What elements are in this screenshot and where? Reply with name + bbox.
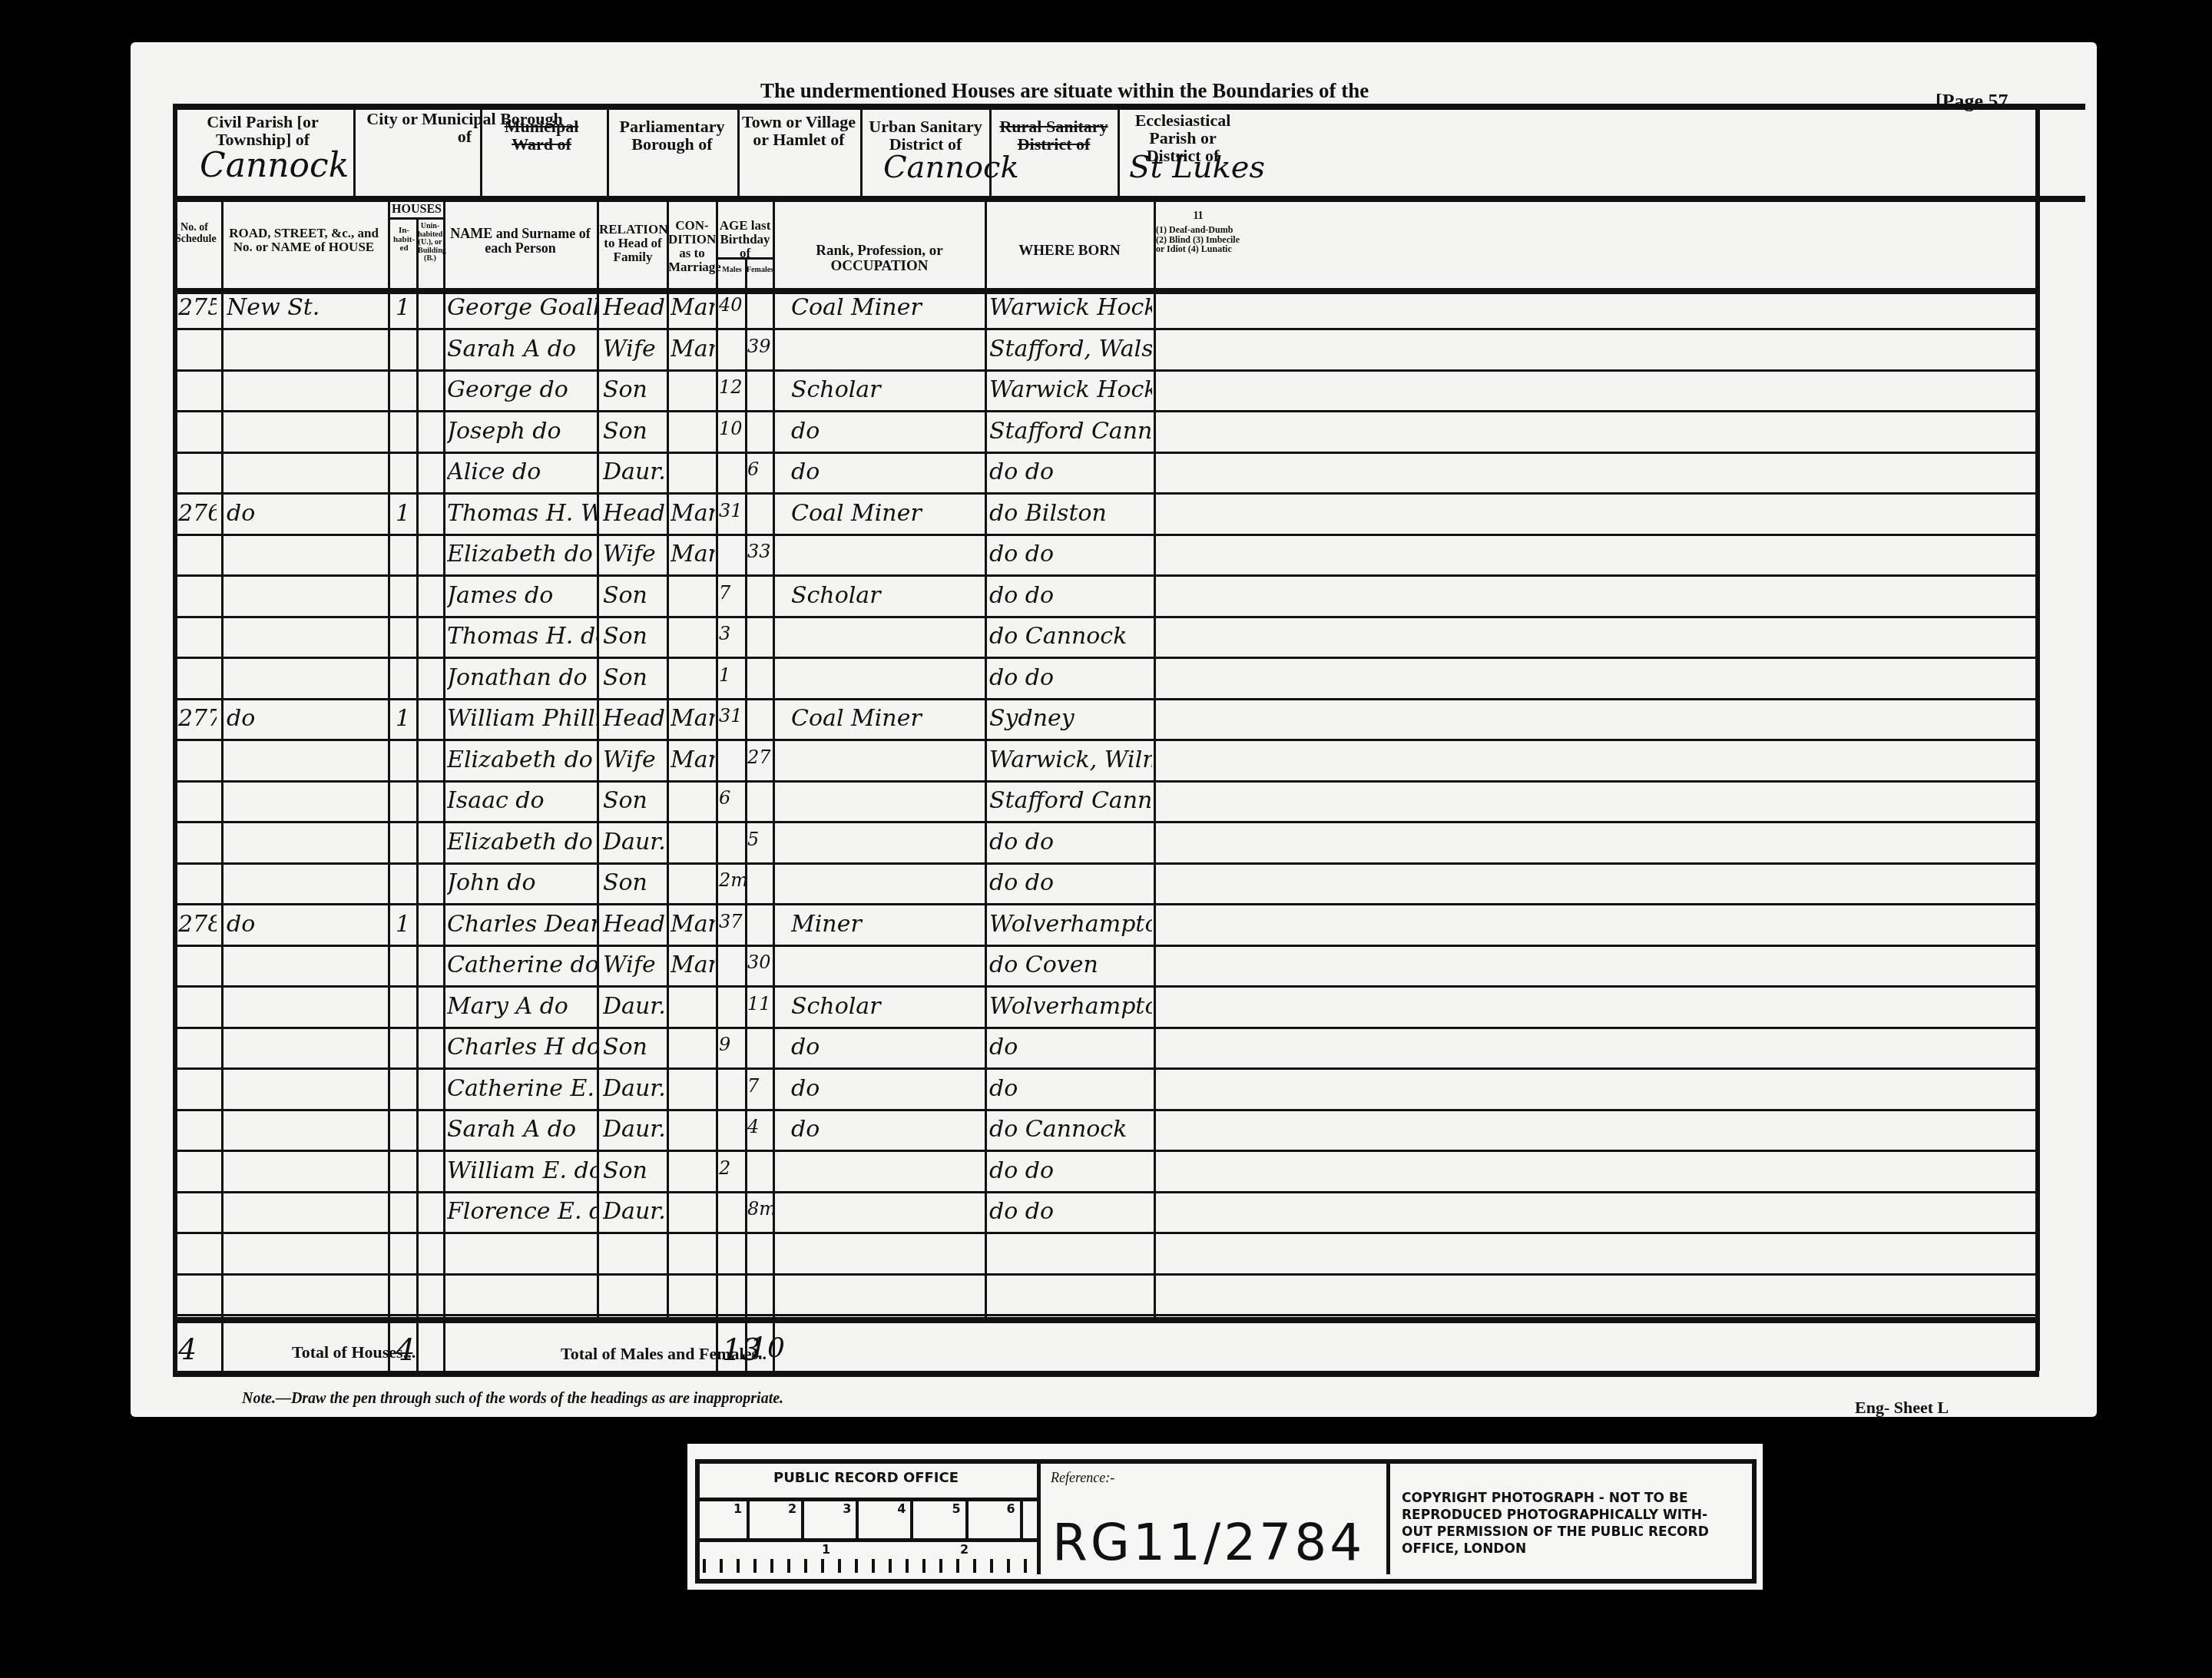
birthplace: Stafford Cannock bbox=[989, 418, 1152, 445]
age-female: 11 bbox=[747, 993, 773, 1014]
birthplace: do do bbox=[989, 582, 1152, 609]
ruler-ticks bbox=[703, 1559, 1033, 1573]
age-female: 4 bbox=[747, 1116, 773, 1137]
header-banner: The undermentioned Houses are situate wi… bbox=[760, 79, 1369, 103]
relation: Wife bbox=[603, 541, 664, 568]
birthplace: do do bbox=[989, 541, 1152, 568]
person-name: James do bbox=[447, 582, 597, 609]
occupation: do bbox=[791, 1075, 983, 1102]
copyright-notice: COPYRIGHT PHOTOGRAPH - NOT TO BE REPRODU… bbox=[1402, 1490, 1732, 1557]
inhabited-count: 1 bbox=[396, 705, 415, 732]
person-name: Elizabeth do bbox=[447, 829, 597, 856]
reference-label: Reference:- bbox=[1051, 1470, 1114, 1486]
birthplace: Stafford, Walsall bbox=[989, 336, 1152, 362]
marital-condition: Mar bbox=[671, 294, 715, 321]
table-row: James doSon7Scholardo do bbox=[131, 578, 2097, 614]
occupation: Coal Miner bbox=[791, 705, 983, 732]
scale-cm: 1 2 3 4 5 6 bbox=[695, 1501, 1037, 1538]
person-name: Charles H do bbox=[447, 1034, 597, 1061]
relation: Son bbox=[603, 1034, 664, 1061]
birthplace: do Coven bbox=[989, 952, 1152, 978]
occupation: do bbox=[791, 458, 983, 485]
table-row: George doSon12ScholarWarwick Hockley bbox=[131, 372, 2097, 408]
relation: Son bbox=[603, 1157, 664, 1184]
age-male: 3 bbox=[719, 623, 745, 644]
relation: Head bbox=[603, 705, 664, 732]
relation: Daur. bbox=[603, 458, 664, 485]
age-male: 6 bbox=[719, 787, 745, 809]
person-name: Jonathan do bbox=[447, 664, 597, 691]
birthplace: Warwick Hockley bbox=[989, 376, 1152, 403]
birthplace: do do bbox=[989, 829, 1152, 856]
table-row: 278do1Charles DeanHeadMar37MinerWolverha… bbox=[131, 906, 2097, 942]
age-male: 40 bbox=[719, 294, 745, 316]
archive-label: PUBLIC RECORD OFFICE 1 2 3 4 5 6 1 2 Ref… bbox=[687, 1444, 1763, 1590]
table-row: Sarah A doDaur.4dodo Cannock bbox=[131, 1111, 2097, 1147]
reference-number: RG11/2784 bbox=[1052, 1513, 1365, 1572]
table-row: Catherine E. doDaur.7dodo bbox=[131, 1071, 2097, 1107]
person-name: Sarah A do bbox=[447, 336, 597, 362]
table-row: Elizabeth doWifeMar27Warwick, Wilnecote bbox=[131, 742, 2097, 778]
census-sheet: The undermentioned Houses are situate wi… bbox=[131, 42, 2097, 1417]
age-male: 31 bbox=[719, 500, 745, 521]
table-row: Isaac doSon6Stafford Cannock bbox=[131, 783, 2097, 819]
table-row: 275New St.1George GoalbyHeadMar40Coal Mi… bbox=[131, 290, 2097, 326]
relation: Daur. bbox=[603, 993, 664, 1020]
age-male: 37 bbox=[719, 911, 745, 932]
birthplace: do do bbox=[989, 1198, 1152, 1225]
age-male: 2m bbox=[719, 869, 745, 891]
person-name: Elizabeth do bbox=[447, 541, 597, 568]
relation: Wife bbox=[603, 952, 664, 978]
age-male: 10 bbox=[719, 418, 745, 439]
marital-condition: Mar bbox=[671, 911, 715, 938]
folio-number: 53 bbox=[2055, 115, 2098, 160]
relation: Head bbox=[603, 911, 664, 938]
age-female: 6 bbox=[747, 458, 773, 480]
person-name: Catherine E. do bbox=[447, 1075, 597, 1102]
birthplace: Stafford Cannock bbox=[989, 787, 1152, 814]
occupation: Coal Miner bbox=[791, 294, 983, 321]
relation: Son bbox=[603, 623, 664, 650]
age-male: 1 bbox=[719, 664, 745, 686]
table-row: John doSon2mdo do bbox=[131, 865, 2097, 901]
total-schedules: 4 bbox=[178, 1332, 197, 1366]
relation: Wife bbox=[603, 746, 664, 773]
occupation: Scholar bbox=[791, 376, 983, 403]
inhabited-count: 1 bbox=[396, 294, 415, 321]
person-name: Elizabeth do bbox=[447, 746, 597, 773]
marital-condition: Mar bbox=[671, 541, 715, 568]
table-row: Joseph doSon10doStafford Cannock bbox=[131, 413, 2097, 449]
occupation: Scholar bbox=[791, 993, 983, 1020]
age-male: 31 bbox=[719, 705, 745, 726]
schedule-number: 278 bbox=[178, 911, 217, 938]
table-row bbox=[131, 1235, 2097, 1271]
birthplace: Sydney bbox=[989, 705, 1152, 732]
person-name: Alice do bbox=[447, 458, 597, 485]
occupation: do bbox=[791, 418, 983, 445]
person-name: Thomas H. Westwood bbox=[447, 500, 597, 527]
schedule-number: 277 bbox=[178, 705, 217, 732]
relation: Head bbox=[603, 294, 664, 321]
birthplace: do Cannock bbox=[989, 1116, 1152, 1143]
inhabited-count: 1 bbox=[396, 500, 415, 527]
table-row: Sarah A doWifeMar39Stafford, Walsall bbox=[131, 331, 2097, 367]
marital-condition: Mar bbox=[671, 500, 715, 527]
birthplace: do do bbox=[989, 458, 1152, 485]
birthplace: Wolverhampton bbox=[989, 911, 1152, 938]
office-label: PUBLIC RECORD OFFICE bbox=[695, 1470, 1037, 1486]
age-female: 39 bbox=[747, 336, 773, 357]
person-name: William Phillips bbox=[447, 705, 597, 732]
birthplace: Wolverhampton bbox=[989, 993, 1152, 1020]
road-name: do bbox=[227, 500, 384, 527]
birthplace: do do bbox=[989, 1157, 1152, 1184]
age-male: 9 bbox=[719, 1034, 745, 1055]
table-row: 276do1Thomas H. WestwoodHeadMar31Coal Mi… bbox=[131, 495, 2097, 531]
marital-condition: Mar bbox=[671, 336, 715, 362]
occupation: Coal Miner bbox=[791, 500, 983, 527]
occupation: do bbox=[791, 1116, 983, 1143]
age-female: 8m bbox=[747, 1198, 773, 1220]
table-row: 277do1William PhillipsHeadMar31Coal Mine… bbox=[131, 700, 2097, 736]
relation: Head bbox=[603, 500, 664, 527]
table-row: Elizabeth doDaur.5do do bbox=[131, 824, 2097, 860]
person-name: Isaac do bbox=[447, 787, 597, 814]
marital-condition: Mar bbox=[671, 952, 715, 978]
age-male: 12 bbox=[719, 376, 745, 398]
person-name: Mary A do bbox=[447, 993, 597, 1020]
table-row: Florence E. doDaur.8mdo do bbox=[131, 1193, 2097, 1230]
person-name: Joseph do bbox=[447, 418, 597, 445]
person-name: George do bbox=[447, 376, 597, 403]
age-female: 7 bbox=[747, 1075, 773, 1097]
table-row: Catherine doWifeMar30do Coven bbox=[131, 947, 2097, 983]
table-row: Jonathan doSon1do do bbox=[131, 660, 2097, 696]
road-name: do bbox=[227, 705, 384, 732]
age-female: 30 bbox=[747, 952, 773, 973]
table-row: Alice doDaur.6dodo do bbox=[131, 454, 2097, 490]
road-name: do bbox=[227, 911, 384, 938]
person-name: William E. do bbox=[447, 1157, 597, 1184]
birthplace: do Cannock bbox=[989, 623, 1152, 650]
birthplace: do do bbox=[989, 664, 1152, 691]
marital-condition: Mar bbox=[671, 746, 715, 773]
table-row: Thomas H. doSon3do Cannock bbox=[131, 618, 2097, 654]
table-row: William E. doSon2do do bbox=[131, 1153, 2097, 1189]
table-row: Elizabeth doWifeMar33do do bbox=[131, 536, 2097, 572]
birthplace: do Bilston bbox=[989, 500, 1152, 527]
birthplace: Warwick, Wilnecote bbox=[989, 746, 1152, 773]
person-name: John do bbox=[447, 869, 597, 896]
inhabited-count: 1 bbox=[396, 911, 415, 938]
relation: Son bbox=[603, 869, 664, 896]
road-name: New St. bbox=[227, 294, 384, 321]
age-female: 27 bbox=[747, 746, 773, 768]
person-name: George Goalby bbox=[447, 294, 597, 321]
total-females: 10 bbox=[750, 1332, 785, 1364]
relation: Son bbox=[603, 582, 664, 609]
table-row: Mary A doDaur.11ScholarWolverhampton bbox=[131, 988, 2097, 1024]
age-female: 33 bbox=[747, 541, 773, 562]
sheet-label: Eng- Sheet L bbox=[1855, 1398, 1949, 1418]
relation: Daur. bbox=[603, 1116, 664, 1143]
person-name: Florence E. do bbox=[447, 1198, 597, 1225]
total-houses: 4 bbox=[396, 1332, 415, 1368]
person-name: Thomas H. do bbox=[447, 623, 597, 650]
birthplace: do bbox=[989, 1075, 1152, 1102]
relation: Son bbox=[603, 664, 664, 691]
birthplace: do do bbox=[989, 869, 1152, 896]
age-male: 2 bbox=[719, 1157, 745, 1179]
schedule-number: 275 bbox=[178, 294, 217, 321]
person-name: Catherine do bbox=[447, 952, 597, 978]
table-row bbox=[131, 1276, 2097, 1312]
occupation: Miner bbox=[791, 911, 983, 938]
person-name: Sarah A do bbox=[447, 1116, 597, 1143]
relation: Son bbox=[603, 787, 664, 814]
relation: Son bbox=[603, 376, 664, 403]
marital-condition: Mar bbox=[671, 705, 715, 732]
relation: Daur. bbox=[603, 829, 664, 856]
person-name: Charles Dean bbox=[447, 911, 597, 938]
occupation: do bbox=[791, 1034, 983, 1061]
relation: Daur. bbox=[603, 1075, 664, 1102]
birthplace: do bbox=[989, 1034, 1152, 1061]
relation: Daur. bbox=[603, 1198, 664, 1225]
footnote: Note.—Draw the pen through such of the w… bbox=[242, 1390, 783, 1408]
occupation: Scholar bbox=[791, 582, 983, 609]
relation: Son bbox=[603, 418, 664, 445]
schedule-number: 276 bbox=[178, 500, 217, 527]
birthplace: Warwick Hockley bbox=[989, 294, 1152, 321]
relation: Wife bbox=[603, 336, 664, 362]
table-row: Charles H doSon9dodo bbox=[131, 1029, 2097, 1065]
age-female: 5 bbox=[747, 829, 773, 850]
census-rows: 275New St.1George GoalbyHeadMar40Coal Mi… bbox=[131, 290, 2097, 1319]
age-male: 7 bbox=[719, 582, 745, 604]
